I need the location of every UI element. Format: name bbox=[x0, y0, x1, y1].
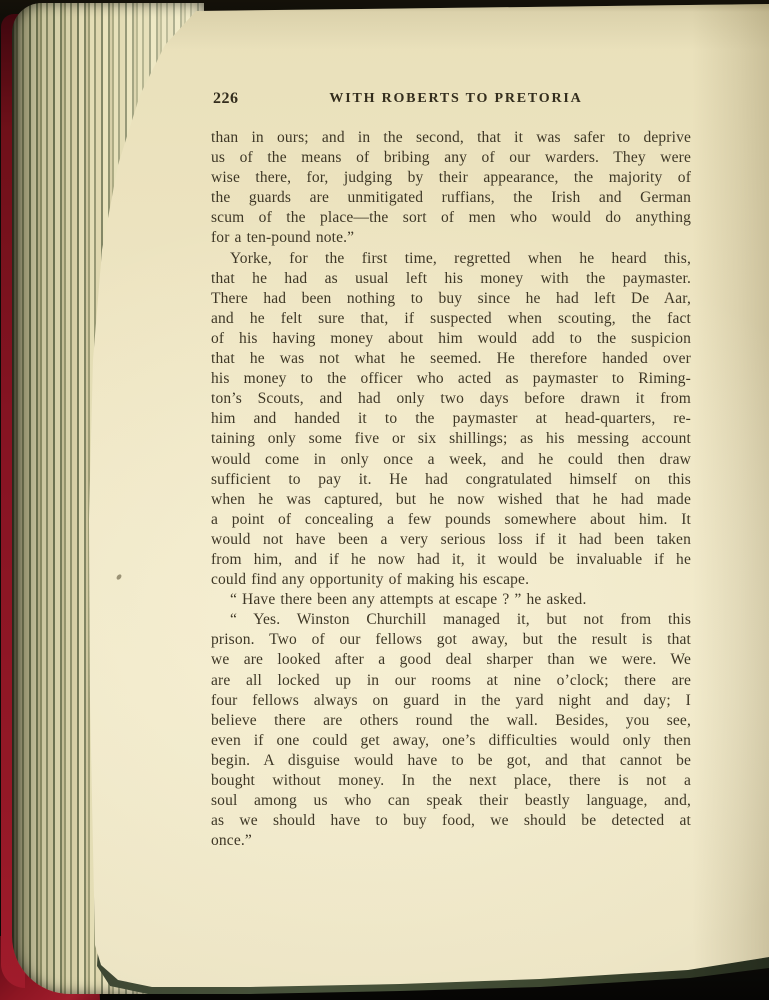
text-line: Yorke, for the first time, regretted whe… bbox=[211, 249, 691, 269]
text-line: wise there, for, judging by their appear… bbox=[211, 168, 691, 188]
text-line: taining only some five or six shillings;… bbox=[211, 429, 691, 449]
text-line: even if one could get away, one’s diffic… bbox=[211, 731, 691, 751]
text-line: would come in only once a week, and he c… bbox=[211, 450, 691, 470]
text-line: for a ten-pound note.” bbox=[211, 228, 691, 248]
text-line: him and handed it to the paymaster at he… bbox=[211, 409, 691, 429]
text-line: and he felt sure that, if suspected when… bbox=[211, 309, 691, 329]
book-scan-photo: 226 WITH ROBERTS TO PRETORIA than in our… bbox=[0, 0, 769, 1000]
running-title: WITH ROBERTS TO PRETORIA bbox=[211, 91, 701, 107]
text-line: once.” bbox=[211, 831, 691, 851]
text-line: from him, and if he now had it, it would… bbox=[211, 550, 691, 570]
text-line: could find any opportunity of making his… bbox=[211, 570, 691, 590]
text-line: four fellows always on guard in the yard… bbox=[211, 691, 691, 711]
ink-speck-mark bbox=[116, 573, 123, 580]
text-line: sufficient to pay it. He had congratulat… bbox=[211, 470, 691, 490]
text-line: “ Have there been any attempts at escape… bbox=[211, 590, 691, 610]
text-line: that he had as usual left his money with… bbox=[211, 269, 691, 289]
text-line: soul among us who can speak their beastl… bbox=[211, 791, 691, 811]
page-header: 226 WITH ROBERTS TO PRETORIA bbox=[211, 90, 691, 107]
text-line: There had been nothing to buy since he h… bbox=[211, 289, 691, 309]
text-line: would not have been a very serious loss … bbox=[211, 530, 691, 550]
text-line: prison. Two of our fellows got away, but… bbox=[211, 630, 691, 650]
text-line: than in ours; and in the second, that it… bbox=[211, 128, 691, 148]
page-text: than in ours; and in the second, that it… bbox=[211, 128, 691, 851]
text-line: the guards are unmitigated ruffians, the… bbox=[211, 188, 691, 208]
text-line: ton’s Scouts, and had only two days befo… bbox=[211, 389, 691, 409]
text-line: we are looked after a good deal sharper … bbox=[211, 650, 691, 670]
text-line: us of the means of bribing any of our wa… bbox=[211, 148, 691, 168]
text-line: “ Yes. Winston Churchill managed it, but… bbox=[211, 610, 691, 630]
text-line: are all locked up in our rooms at nine o… bbox=[211, 671, 691, 691]
text-line: scum of the place—the sort of men who wo… bbox=[211, 208, 691, 228]
text-line: when he was captured, but he now wished … bbox=[211, 490, 691, 510]
text-line: that he was not what he seemed. He there… bbox=[211, 349, 691, 369]
text-line: of his having money about him would add … bbox=[211, 329, 691, 349]
text-line: as we should have to buy food, we should… bbox=[211, 811, 691, 831]
text-line: begin. A disguise would have to be got, … bbox=[211, 751, 691, 771]
text-line: his money to the officer who acted as pa… bbox=[211, 369, 691, 389]
page-content: 226 WITH ROBERTS TO PRETORIA than in our… bbox=[211, 90, 691, 851]
text-line: believe there are others round the wall.… bbox=[211, 711, 691, 731]
text-line: a point of concealing a few pounds somew… bbox=[211, 510, 691, 530]
text-line: bought without money. In the next place,… bbox=[211, 771, 691, 791]
